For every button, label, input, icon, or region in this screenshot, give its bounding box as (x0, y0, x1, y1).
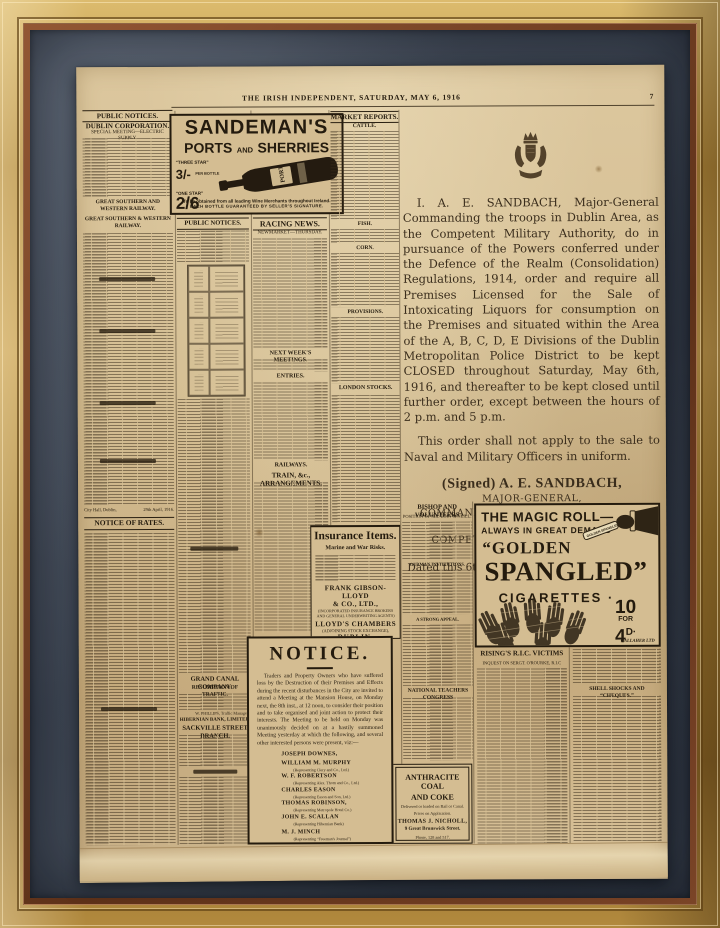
newspaper-page: THE IRISH INDEPENDENT, SATURDAY, MAY 6, … (76, 65, 668, 882)
proclamation-paragraph-2: This order shall not apply to the sale t… (404, 433, 660, 465)
anthracite-phone: Phone, 128 and 517. (397, 835, 469, 840)
col1-rates-dateline-place: City Hall, Dublin, (84, 507, 128, 513)
illegible-text-block (254, 359, 328, 371)
sandemans-ad: SANDEMAN'S PORTS AND SHERRIES “THREE STA… (169, 113, 343, 215)
masthead-rule (171, 105, 654, 108)
grand-canal-signature: W. PHILLIPS, Traffic Manager. (179, 711, 249, 717)
illegible-text-block (179, 735, 251, 767)
hand-with-cigarette-icon: GOLDEN SPANGLED (580, 504, 660, 550)
notice-title-rule (307, 667, 333, 669)
attendee-representing: (Representing Hibernian Bank) (282, 821, 384, 826)
anthracite-line-2: AND COKE (396, 793, 468, 802)
market-reports-header: MARKET REPORTS. (330, 111, 398, 123)
strong-appeal-subhead: A STRONG APPEAL. (403, 617, 473, 623)
illegible-text-block (177, 231, 249, 263)
insurance-title: Insurance Items. (311, 530, 399, 543)
notice-attendee-list: JOSEPH DOWNES, WILLIAM M. MURPHY (Repres… (257, 751, 383, 841)
illegible-subhead (100, 459, 156, 463)
col1-public-notices-header: PUBLIC NOTICES. (82, 110, 172, 122)
entries-header: ENTRIES. (254, 373, 328, 380)
cattle-subhead: CATTLE. (330, 123, 398, 130)
attendee-name: JOSEPH DOWNES, (281, 751, 383, 758)
illegible-text-block (253, 238, 327, 348)
insurance-chambers: LLOYD'S CHAMBERS (312, 619, 400, 627)
list-item: THOMAS ROBINSON, (Representing Metropole… (281, 800, 383, 812)
col2-public-notices-header: PUBLIC NOTICES. (177, 218, 249, 230)
col1-railway-header-1: GREAT SOUTHERN AND WESTERN RAILWAY. (83, 199, 173, 212)
illegible-text-block (331, 317, 399, 383)
spangled-pence-sup: D· (626, 627, 637, 638)
anthracite-inner-border: ANTHRACITE COAL AND COKE Delivered or lo… (395, 767, 469, 841)
col1-notice-of-rates-header: NOTICE OF RATES. (84, 517, 174, 530)
page-number: 7 (631, 92, 653, 101)
illegible-text-block (83, 233, 174, 505)
column-rule (569, 647, 571, 843)
list-item: W. F. ROBERTSON (Representing Alex. Thom… (281, 773, 383, 785)
ric-victims-header: RISING'S R.I.C. VICTIMS (477, 649, 567, 657)
attendee-representing: (Representing Eason and Son, Ltd.) (281, 794, 383, 799)
col1-railway-header-2: GREAT SOUTHERN & WESTERN RAILWAY. (83, 216, 173, 229)
masthead-title: THE IRISH INDEPENDENT, SATURDAY, MAY 6, … (201, 92, 501, 102)
golden-spangled-ad: THE MAGIC ROLL— ALWAYS IN GREAT DEMAND G… (474, 503, 661, 648)
insurance-description: (INCORPORATED INSURANCE BROKERS AND GENE… (315, 609, 397, 619)
newmarket-subhead: NEWMARKET—THURSDAY. (253, 230, 327, 236)
illegible-subhead (99, 329, 155, 333)
list-item: WILLIAM M. MURPHY (Representing Clery an… (281, 760, 383, 772)
illegible-text-block (403, 625, 473, 686)
spangled-for: FOR (605, 616, 647, 624)
illegible-subhead (100, 401, 156, 405)
corn-subhead: CORN. (331, 245, 399, 252)
attendee-representing: (Representing “Freeman's Journal”) (282, 836, 384, 841)
anthracite-delivery-note: Delivered or loaded on Rail or Canal. (396, 804, 468, 809)
insurance-subtitle: Marine and War Risks. (311, 545, 399, 552)
mat-board: THE IRISH INDEPENDENT, SATURDAY, MAY 6, … (30, 30, 690, 898)
insurance-adjoining: (ADJOINING STOCK EXCHANGE), (312, 627, 400, 632)
reaching-hands-illustration (477, 587, 599, 646)
inquest-subhead: INQUEST ON SERGT. O'ROURKE, R.I.C (477, 660, 567, 666)
list-item: M. J. MINCH (Representing “Freeman's Jou… (282, 829, 384, 841)
illegible-subhead (190, 547, 238, 551)
public-notice-table (187, 265, 246, 397)
illegible-subhead (99, 277, 155, 281)
illegible-subhead (101, 707, 157, 711)
illegible-text-block (83, 138, 173, 197)
spangled-word-spangled: SPANGLED” (484, 556, 647, 588)
anthracite-merchant-name: THOMAS J. NICHOLL, (397, 819, 469, 826)
illegible-text-block (402, 570, 472, 615)
spangled-four: 4 (615, 626, 626, 647)
framed-newspaper-photo: THE IRISH INDEPENDENT, SATURDAY, MAY 6, … (0, 0, 720, 928)
illegible-text-block (254, 382, 328, 460)
london-stocks-header: LONDON STOCKS. (332, 385, 400, 392)
fish-subhead: FISH. (331, 221, 399, 228)
notice-title: NOTICE. (257, 643, 383, 666)
illegible-text-block (402, 522, 472, 560)
illegible-text-block (331, 131, 399, 219)
spangled-ten: 10 (605, 599, 647, 616)
hibernian-bank-header: HIBERNIAN BANK, LIMITED. (179, 718, 251, 724)
sandemans-footer-2: EACH BOTTLE GUARANTEED BY SELLER'S SIGNA… (174, 204, 340, 210)
gallaher-credit: GALLAHER LTD (621, 638, 655, 643)
illegible-subhead (193, 770, 237, 774)
insurance-items-ad: Insurance Items. Marine and War Risks. F… (310, 525, 400, 639)
illegible-text-block (573, 696, 662, 843)
illegible-text-block (477, 668, 568, 843)
list-item: CHARLES EASON (Representing Eason and So… (281, 787, 383, 799)
illegible-text-block (178, 399, 251, 673)
attendee-representing: (Representing Metropole Hotel Co.) (281, 807, 383, 812)
attendee-representing: (Representing Clery and Co., Ltd.) (281, 767, 383, 772)
traders-notice-ad: NOTICE. Traders and Property Owners who … (247, 636, 394, 845)
list-item: JOSEPH DOWNES, (281, 751, 383, 758)
anthracite-line-1: ANTHRACITE COAL (396, 773, 468, 791)
notice-body-text: Traders and Property Owners who have suf… (257, 673, 383, 748)
illegible-text-block (331, 229, 399, 243)
illegible-text-block (403, 698, 473, 761)
racing-news-header: RACING NEWS. (253, 217, 327, 230)
insurance-firm-name: FRANK GIBSON-LLOYD (311, 584, 399, 600)
sandemans-title: SANDEMAN'S (173, 117, 339, 139)
list-item: JOHN E. SCALLAN (Representing Hibernian … (281, 814, 383, 826)
per-bottle-label: PER BOTTLE (195, 172, 219, 176)
anthracite-prices-note: Prices on Application. (396, 811, 468, 816)
three-star-price: 3/- (176, 167, 191, 180)
illegible-text-block (332, 395, 401, 522)
provisions-subhead: PROVISIONS. (331, 309, 399, 316)
proclamation-paragraph-1: I. A. E. SANDBACH, Major-General Command… (403, 195, 660, 426)
royal-crest-icon (510, 129, 552, 183)
illegible-text-block (315, 555, 395, 581)
proclamation-signature: (Signed) A. E. SANDBACH, (404, 476, 660, 493)
illegible-text-block (331, 253, 399, 307)
illegible-text-block (179, 777, 251, 845)
anthracite-address: 9 Great Brunswick Street. (397, 827, 469, 833)
illegible-text-block (573, 649, 661, 683)
illegible-text-block (179, 694, 251, 710)
attendee-representing: (Representing Alex. Thom and Co., Ltd.) (281, 780, 383, 785)
col1-rates-dateline-date: 29th April, 1916. (128, 507, 174, 513)
macneill-subhead: POSITION OF MR. EOIN M'NEILL. (402, 514, 472, 520)
illegible-text-block (84, 533, 175, 845)
railways-header: RAILWAYS. (254, 462, 328, 469)
port-bottle-illustration: PORT (218, 151, 342, 202)
german-institutions-subhead: GERMAN INSTITUTIONS. (402, 562, 472, 568)
anthracite-coal-ad: ANTHRACITE COAL AND COKE Delivered or lo… (392, 764, 472, 844)
